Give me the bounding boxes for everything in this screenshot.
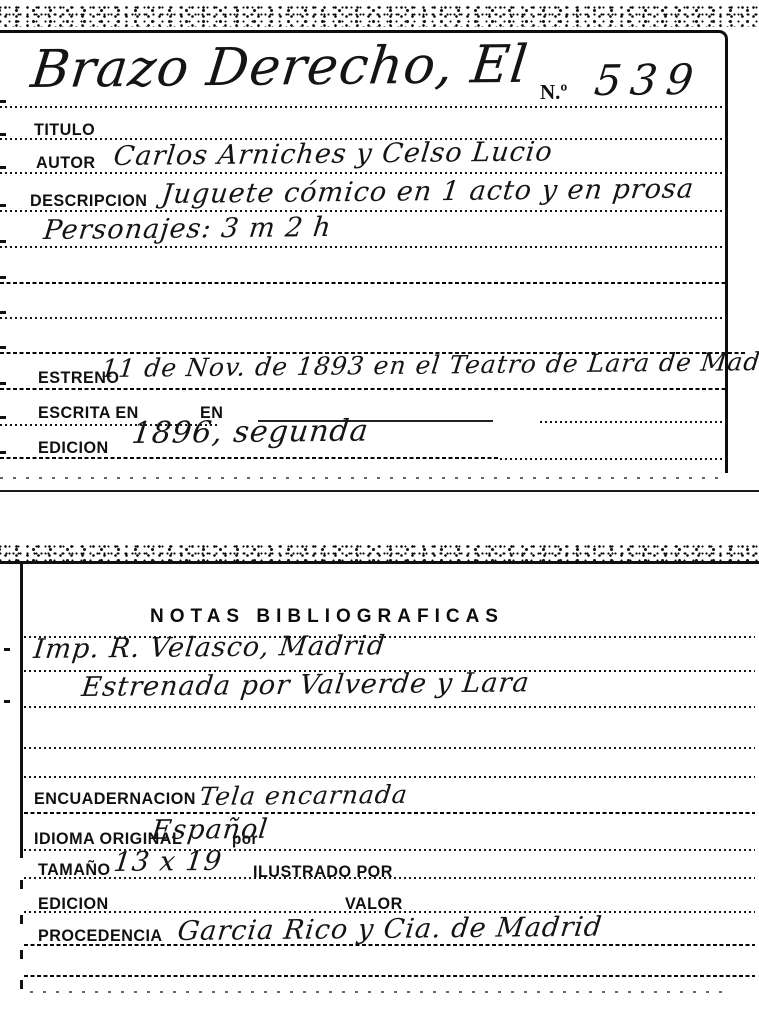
autor-value-handwriting: Carlos Arniches y Celso Lucio (112, 136, 555, 172)
margin-tick (4, 648, 10, 651)
margin-tick (20, 915, 23, 924)
ruled-line (24, 706, 755, 708)
notes-line2-handwriting: Estrenada por Valverde y Lara (80, 667, 531, 703)
margin-tick (0, 276, 6, 279)
valor-label: VALOR (345, 894, 403, 914)
margin-tick (0, 311, 6, 314)
torn-edge-band-top (0, 3, 759, 27)
encuadernacion-label: ENCUADERNACION (34, 789, 196, 809)
edicion-back-label: EDICION (38, 894, 109, 914)
margin-tick (20, 950, 23, 959)
encuadernacion-value-handwriting: Tela encarnada (198, 780, 410, 811)
numero-label: N.º (540, 80, 567, 105)
tamano-value-handwriting: 13 x 19 (112, 846, 224, 878)
ruled-line (0, 477, 726, 479)
margin-tick (0, 416, 6, 419)
procedencia-label: PROCEDENCIA (38, 926, 163, 946)
card-back-border (20, 562, 23, 858)
notas-bibliograficas-heading: NOTAS BIBLIOGRAFICAS (150, 606, 504, 628)
autor-label: AUTOR (36, 153, 96, 173)
personajes-handwriting: Personajes: 3 m 2 h (42, 212, 333, 246)
scan-divider-line (0, 490, 759, 492)
ruled-line (24, 776, 755, 778)
edicion-label: EDICION (38, 438, 109, 458)
tamano-label: TAMAÑO (38, 860, 111, 880)
numero-value-handwriting: 539 (592, 55, 705, 105)
procedencia-value-handwriting: Garcia Rico y Cia. de Madrid (176, 912, 604, 947)
margin-tick (0, 240, 6, 243)
ruled-line (0, 106, 726, 108)
ilustrado-por-label: ILUSTRADO POR (253, 862, 393, 882)
margin-tick (0, 346, 6, 349)
ruled-line (24, 975, 755, 977)
margin-tick (0, 100, 6, 103)
margin-tick (0, 451, 6, 454)
descripcion-label: DESCRIPCION (30, 191, 147, 211)
margin-tick (20, 980, 23, 989)
ruled-line (0, 317, 726, 319)
title-handwriting: Brazo Derecho, El (28, 35, 531, 100)
torn-edge-band-middle (0, 542, 759, 564)
notes-line1-handwriting: Imp. R. Velasco, Madrid (32, 630, 387, 665)
edicion-value-handwriting: 1896, segunda (130, 414, 371, 451)
margin-tick (0, 166, 6, 169)
ruled-line (0, 388, 726, 390)
ruled-line (24, 747, 755, 749)
ruled-line (500, 458, 726, 460)
por-label: por (232, 831, 258, 849)
margin-tick (4, 700, 10, 703)
ruled-line (30, 991, 730, 993)
ruled-line (540, 421, 726, 423)
margin-tick (0, 204, 6, 207)
margin-tick (0, 382, 6, 385)
margin-tick (20, 880, 23, 889)
ruled-line (24, 812, 755, 814)
scanned-catalog-card-page: Brazo Derecho, El N.º 539 TITULO AUTOR C… (0, 0, 759, 1028)
ruled-line (0, 282, 726, 284)
descripcion-value-handwriting: Juguete cómico en 1 acto y en prosa (160, 173, 696, 210)
titulo-label: TITULO (34, 120, 95, 140)
escrita-en-label: ESCRITA EN (38, 403, 139, 423)
ruled-line (0, 246, 726, 248)
margin-tick (0, 133, 6, 136)
